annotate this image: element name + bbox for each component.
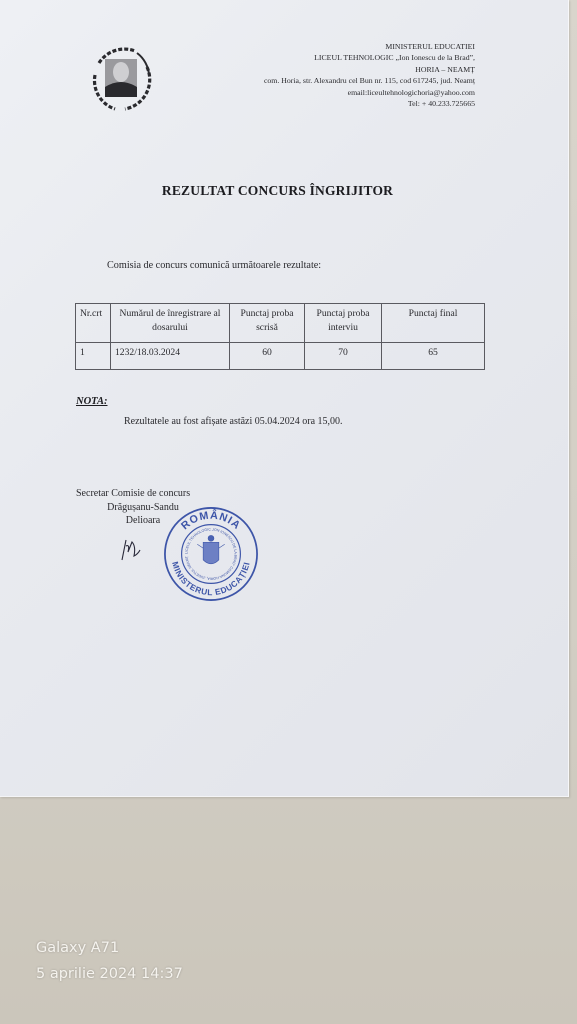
document-page: MINISTERUL EDUCATIEI LICEUL TEHNOLOGIC „… xyxy=(0,0,569,797)
handwritten-signature-icon xyxy=(118,536,142,562)
nota-label: NOTA: xyxy=(76,396,108,407)
table-row: 1 1232/18.03.2024 60 70 65 xyxy=(76,343,485,370)
camera-datetime-watermark: 5 aprilie 2024 14:37 xyxy=(36,966,183,982)
school-logo-icon xyxy=(85,45,157,113)
cell-interview-score: 70 xyxy=(305,343,382,370)
header-line-school: LICEUL TEHNOLOGIC „Ion Ionescu de la Bra… xyxy=(264,52,475,63)
table-header-row: Nr.crt Numărul de înregistrare al dosaru… xyxy=(76,304,485,343)
col-header-written-score: Punctaj proba scrisă xyxy=(230,304,305,343)
header-line-ministry: MINISTERUL EDUCATIEI xyxy=(264,41,475,52)
cell-written-score: 60 xyxy=(230,343,305,370)
header-line-location: HORIA – NEAMȚ xyxy=(264,64,475,75)
document-title: REZULTAT CONCURS ÎNGRIJITOR xyxy=(0,183,555,199)
header-line-phone: Tel: + 40.233.725665 xyxy=(264,98,475,109)
cell-registration: 1232/18.03.2024 xyxy=(111,343,230,370)
nota-text: Rezultatele au fost afișate astăzi 05.04… xyxy=(124,416,343,427)
cell-final-score: 65 xyxy=(382,343,485,370)
header-line-address: com. Horia, str. Alexandru cel Bun nr. 1… xyxy=(264,75,475,86)
col-header-final-score: Punctaj final xyxy=(382,304,485,343)
col-header-registration: Numărul de înregistrare al dosarului xyxy=(111,304,230,343)
results-table: Nr.crt Numărul de înregistrare al dosaru… xyxy=(75,303,485,370)
intro-text: Comisia de concurs comunică următoarele … xyxy=(107,260,321,271)
cell-nr: 1 xyxy=(76,343,111,370)
institution-header: MINISTERUL EDUCATIEI LICEUL TEHNOLOGIC „… xyxy=(264,41,475,109)
signatory-role: Secretar Comisie de concurs xyxy=(76,487,208,501)
official-stamp-icon: ROMÂNIA MINISTERUL EDUCAȚIEI LICEUL TEHN… xyxy=(162,505,260,603)
col-header-nr: Nr.crt xyxy=(76,304,111,343)
header-line-email: email:liceultehnologichoria@yahoo.com xyxy=(264,87,475,98)
camera-device-watermark: Galaxy A71 xyxy=(36,940,119,956)
col-header-interview-score: Punctaj proba interviu xyxy=(305,304,382,343)
